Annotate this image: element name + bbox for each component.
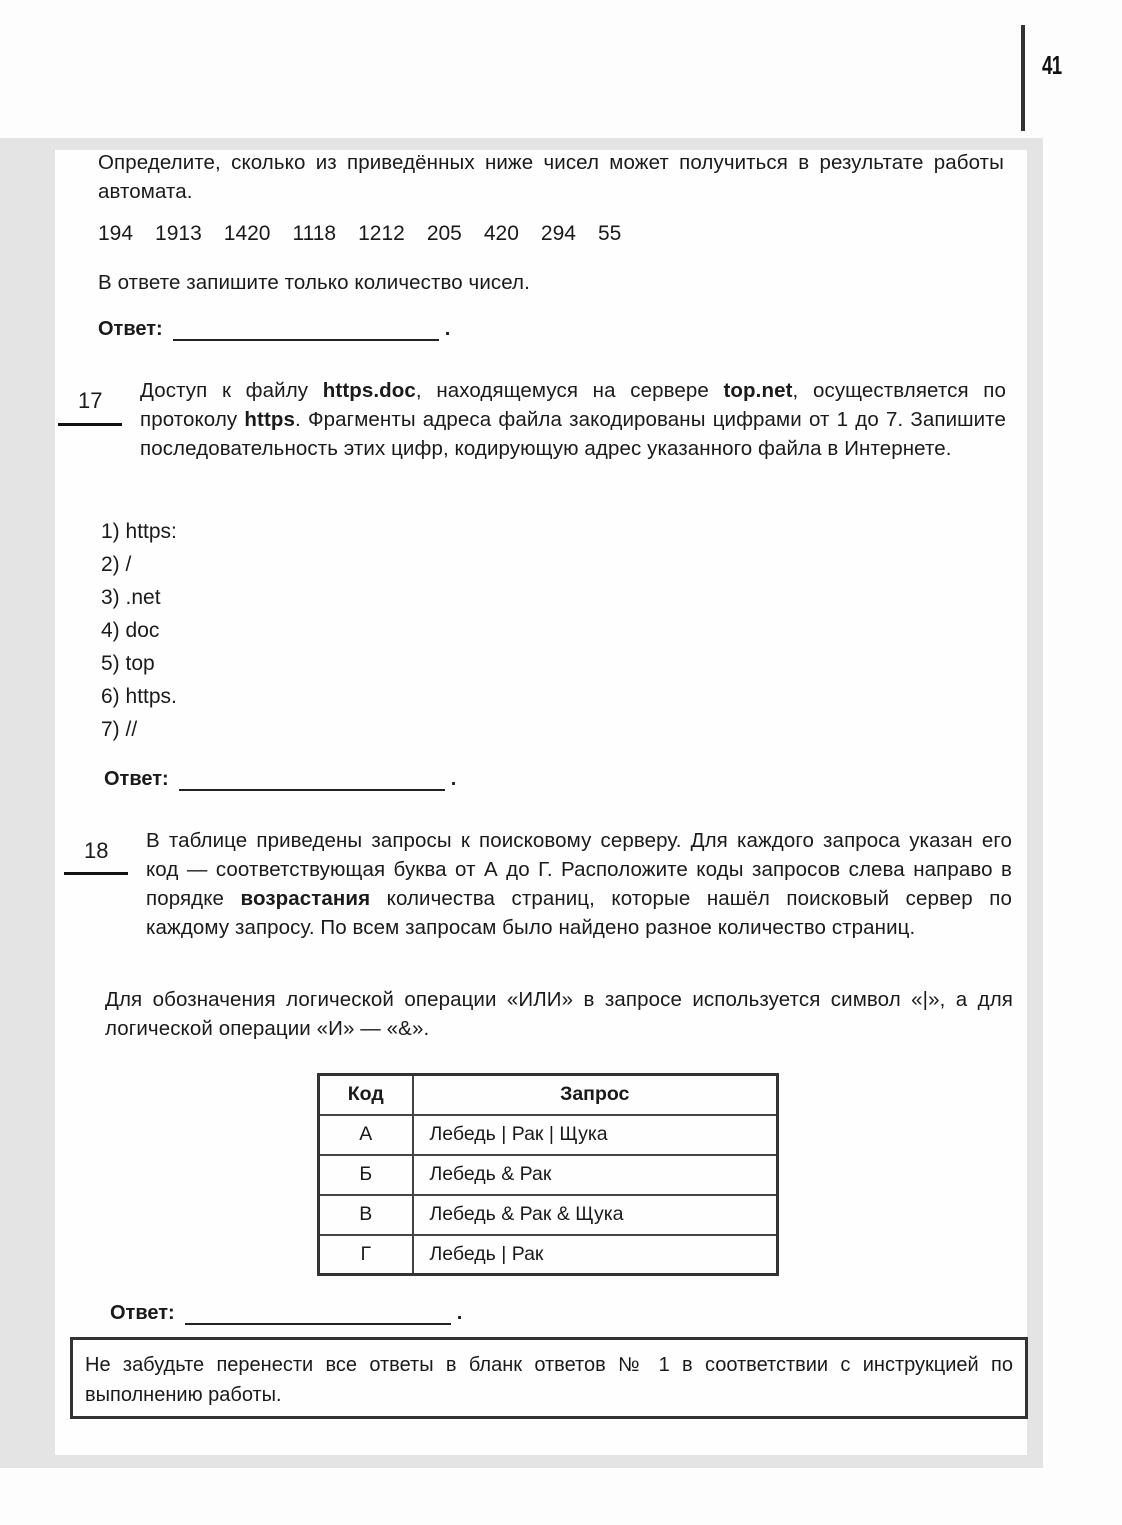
answer-field[interactable]: [185, 1307, 451, 1325]
number-item: 420: [484, 222, 519, 246]
task16-numbers: 194 1913 1420 1118 1212 205 420 294 55: [98, 222, 643, 246]
page-number: 41: [1042, 50, 1061, 81]
number-item: 1118: [292, 222, 336, 246]
answer-label: Ответ:: [110, 1302, 175, 1325]
task18-answer: Ответ: .: [110, 1302, 462, 1325]
list-item: 1) https:: [101, 515, 177, 548]
task16-text: Определите, сколько из приведённых ниже …: [98, 148, 1004, 206]
list-item: 5) top: [101, 647, 177, 680]
list-item: 4) doc: [101, 614, 177, 647]
list-item: 7) //: [101, 713, 177, 746]
emphasis: возрастания: [241, 887, 371, 910]
number-item: 55: [598, 222, 621, 246]
table-row: Б Лебедь & Рак: [319, 1155, 778, 1195]
task16-instruction: В ответе запишите только количество чисе…: [98, 268, 530, 297]
answer-label: Ответ:: [104, 768, 169, 791]
task16-answer: Ответ: .: [98, 318, 450, 341]
list-item: 6) https.: [101, 680, 177, 713]
queries-table: Код Запрос А Лебедь | Рак | Щука Б Лебед…: [317, 1073, 779, 1276]
task17-number: 17: [78, 388, 102, 414]
task17-text: Доступ к файлу https.doc, находящемуся н…: [140, 376, 1006, 463]
task18-marker: [64, 872, 128, 875]
file-name: https.doc: [323, 379, 416, 402]
server-name: top.net: [724, 379, 793, 402]
number-item: 205: [427, 222, 462, 246]
fragments-list: 1) https: 2) / 3) .net 4) doc 5) top 6) …: [101, 515, 177, 746]
answer-label: Ответ:: [98, 318, 163, 341]
task18-operators-note: Для обозначения логической операции «ИЛИ…: [105, 985, 1013, 1043]
task18-number: 18: [84, 838, 108, 864]
list-item: 3) .net: [101, 581, 177, 614]
table-row: Г Лебедь | Рак: [319, 1235, 778, 1275]
number-item: 294: [541, 222, 576, 246]
number-item: 1913: [155, 222, 202, 246]
number-item: 1420: [224, 222, 271, 246]
answer-field[interactable]: [179, 773, 445, 791]
table-row: А Лебедь | Рак | Щука: [319, 1115, 778, 1155]
table-header: Код Запрос: [319, 1075, 778, 1115]
protocol-name: https: [244, 408, 295, 431]
page-rule: [1021, 25, 1025, 131]
header-code: Код: [319, 1075, 413, 1115]
table-row: В Лебедь & Рак & Щука: [319, 1195, 778, 1235]
task17-marker: [58, 423, 122, 426]
answer-field[interactable]: [173, 323, 439, 341]
task18-text: В таблице приведены запросы к поисковому…: [146, 826, 1012, 942]
task17-answer: Ответ: .: [104, 768, 456, 791]
number-item: 1212: [358, 222, 405, 246]
number-item: 194: [98, 222, 133, 246]
list-item: 2) /: [101, 548, 177, 581]
header-query: Запрос: [413, 1075, 778, 1115]
reminder-box: Не забудьте перенести все ответы в бланк…: [70, 1337, 1028, 1419]
